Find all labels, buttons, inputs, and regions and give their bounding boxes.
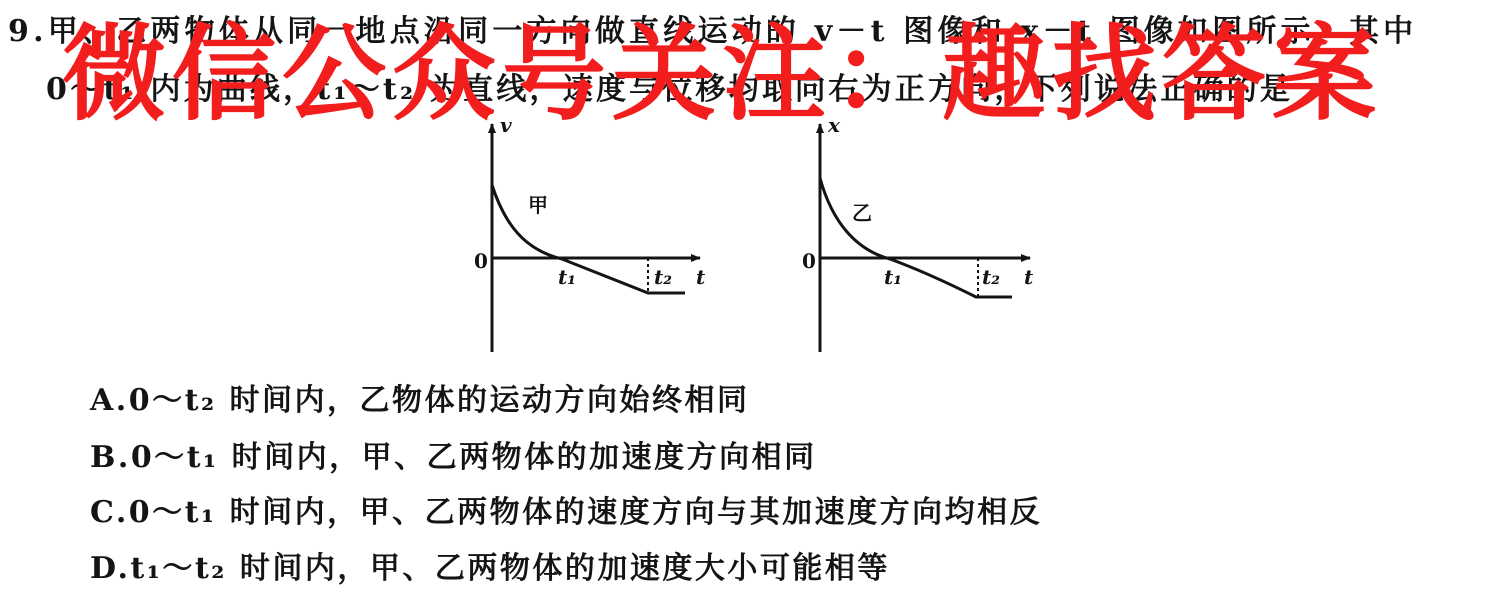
- jia-curve-label: 甲: [528, 193, 548, 217]
- v-t-graph: v 0 甲 t₁ t₂ t: [474, 113, 706, 352]
- t2-label: t₂: [654, 265, 672, 289]
- t-axis-label: t: [696, 265, 706, 289]
- option-d: D.t₁～t₂ 时间内，甲、乙两物体的加速度大小可能相等: [90, 543, 890, 587]
- t-axis-label: t: [1024, 265, 1034, 289]
- option-d-text: t₁～t₂ 时间内，甲、乙两物体的加速度大小可能相等: [130, 551, 889, 586]
- option-b-text: 0～t₁ 时间内，甲、乙两物体的加速度方向相同: [131, 440, 817, 475]
- t1-label: t₁: [884, 265, 902, 289]
- t2-label: t₂: [982, 265, 1000, 289]
- option-a-text: 0～t₂ 时间内，乙物体的运动方向始终相同: [129, 383, 750, 418]
- yi-curve-label: 乙: [852, 201, 872, 225]
- x-t-graph: x 0 乙 t₁ t₂ t: [802, 113, 1034, 352]
- option-a-label: A.: [90, 383, 129, 418]
- option-c-label: C.: [90, 495, 129, 530]
- option-c-text: 0～t₁ 时间内，甲、乙两物体的速度方向与其加速度方向均相反: [129, 495, 1042, 530]
- t1-label: t₁: [558, 265, 576, 289]
- watermark-overlay: 微信公众号关注：趣找答案: [62, 22, 1382, 126]
- option-d-label: D.: [90, 551, 130, 586]
- origin-label: 0: [802, 249, 816, 273]
- origin-label: 0: [474, 249, 488, 273]
- option-a: A.0～t₂ 时间内，乙物体的运动方向始终相同: [90, 375, 750, 419]
- option-b-label: B.: [90, 440, 131, 475]
- option-c: C.0～t₁ 时间内，甲、乙两物体的速度方向与其加速度方向均相反: [90, 487, 1042, 531]
- option-b: B.0～t₁ 时间内，甲、乙两物体的加速度方向相同: [90, 432, 817, 476]
